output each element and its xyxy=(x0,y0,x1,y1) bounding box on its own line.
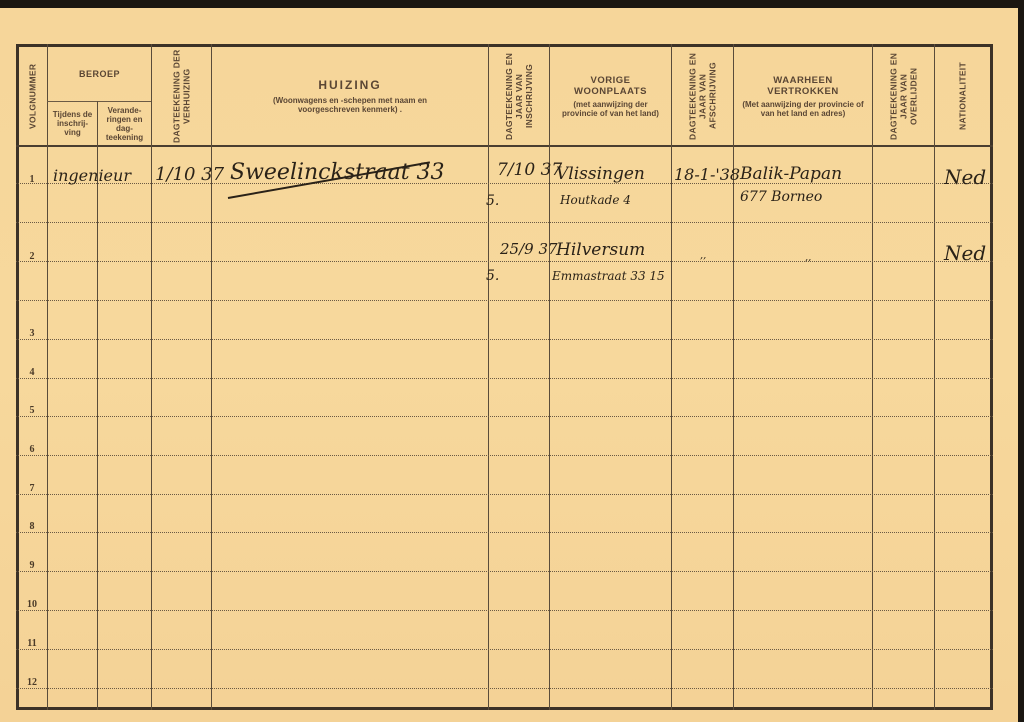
row-number: 7 xyxy=(20,483,44,494)
entry2-nationaliteit: Ned xyxy=(944,241,986,265)
row-line xyxy=(16,339,993,340)
entry1-waarheen-adres: 677 Borneo xyxy=(740,189,822,205)
row-line xyxy=(16,494,993,495)
header-divider xyxy=(16,145,993,147)
scan-edge-top xyxy=(0,0,1024,8)
entry2-afschrijving-ditto: ,, xyxy=(700,250,706,261)
row-line xyxy=(16,455,993,456)
vorige-title: VORIGE WOONPLAATS xyxy=(571,75,651,97)
header-volgnummer: VOLGNUMMER xyxy=(18,48,47,144)
row-line xyxy=(16,416,993,417)
row-line xyxy=(16,532,993,533)
entry1-vorige-adres: Houtkade 4 xyxy=(560,193,631,207)
entry2-waarheen-ditto: ,, xyxy=(805,252,811,263)
header-dagteekening-afschrijving: DAGTEEKENING EN JAAR VAN AFSCHRIJVING xyxy=(672,48,733,144)
row-number: 6 xyxy=(20,444,44,455)
huizing-title: HUIZING xyxy=(318,78,381,92)
entry1-waarheen: Balik-Papan xyxy=(740,164,842,184)
row-number: 12 xyxy=(20,677,44,688)
row-number: 1 xyxy=(20,174,44,185)
row-number: 10 xyxy=(20,599,44,610)
col-divider xyxy=(97,101,98,710)
row-line xyxy=(16,300,993,301)
row-number: 3 xyxy=(20,328,44,339)
row-number: 9 xyxy=(20,560,44,571)
entry2-inschrijving-date: 25/9 37 xyxy=(500,240,558,258)
header-beroep: BEROEP xyxy=(48,48,151,100)
header-huizing: HUIZING (Woonwagens en -schepen met naam… xyxy=(212,48,488,144)
header-nationaliteit: NATIONALITEIT xyxy=(935,48,990,144)
entry2-inschrijving-mark: 5. xyxy=(486,268,499,284)
row-line xyxy=(16,222,993,223)
entry1-vorige-woonplaats: Vlissingen xyxy=(556,164,645,184)
row-number: 8 xyxy=(20,521,44,532)
huizing-subtitle: (Woonwagens en -schepen met naam en voor… xyxy=(250,96,450,114)
row-number: 11 xyxy=(20,638,44,649)
header-waarheen-vertrokken: WAARHEEN VERTROKKEN (Met aanwijzing der … xyxy=(734,48,872,144)
vorige-subtitle: (met aanwijzing der provincie of van het… xyxy=(561,100,661,118)
entry2-vorige-woonplaats: Hilversum xyxy=(556,240,645,260)
row-line xyxy=(16,378,993,379)
row-line xyxy=(16,261,993,262)
header-beroep-tijdens: Tijdens de inschrij- ving xyxy=(48,102,97,145)
scan-edge-right xyxy=(1018,0,1024,722)
entry1-beroep: ingenieur xyxy=(53,166,131,185)
row-line xyxy=(16,571,993,572)
entry1-verhuizing-date: 1/10 37 xyxy=(155,164,224,185)
entry1-inschrijving-mark: 5. xyxy=(486,193,499,209)
entry2-vorige-adres: Emmastraat 33 15 xyxy=(552,269,665,283)
header-beroep-veranderingen: Verande- ringen en dag- teekening xyxy=(98,102,151,145)
row-line xyxy=(16,649,993,650)
row-number: 2 xyxy=(20,251,44,262)
row-number: 5 xyxy=(20,405,44,416)
entry1-nationaliteit: Ned xyxy=(944,165,986,189)
header-dagteekening-overlijden: DAGTEEKENING EN JAAR VAN OVERLIJDEN xyxy=(873,48,934,144)
row-number: 4 xyxy=(20,367,44,378)
waarheen-subtitle: (Met aanwijzing der provincie of van het… xyxy=(738,100,868,118)
row-line xyxy=(16,688,993,689)
row-line xyxy=(16,610,993,611)
entry1-afschrijving-date: 18-1-'38 xyxy=(674,165,740,184)
waarheen-title: WAARHEEN VERTROKKEN xyxy=(758,75,848,97)
header-dagteekening-inschrijving: DAGTEEKENING EN JAAR VAN INSCHRIJVING xyxy=(489,48,549,144)
header-vorige-woonplaats: VORIGE WOONPLAATS (met aanwijzing der pr… xyxy=(550,48,671,144)
header-dagteekening-verhuizing: DAGTEEKENING DER VERHUIZING xyxy=(152,48,211,144)
entry1-inschrijving-date: 7/10 37 xyxy=(497,160,562,180)
